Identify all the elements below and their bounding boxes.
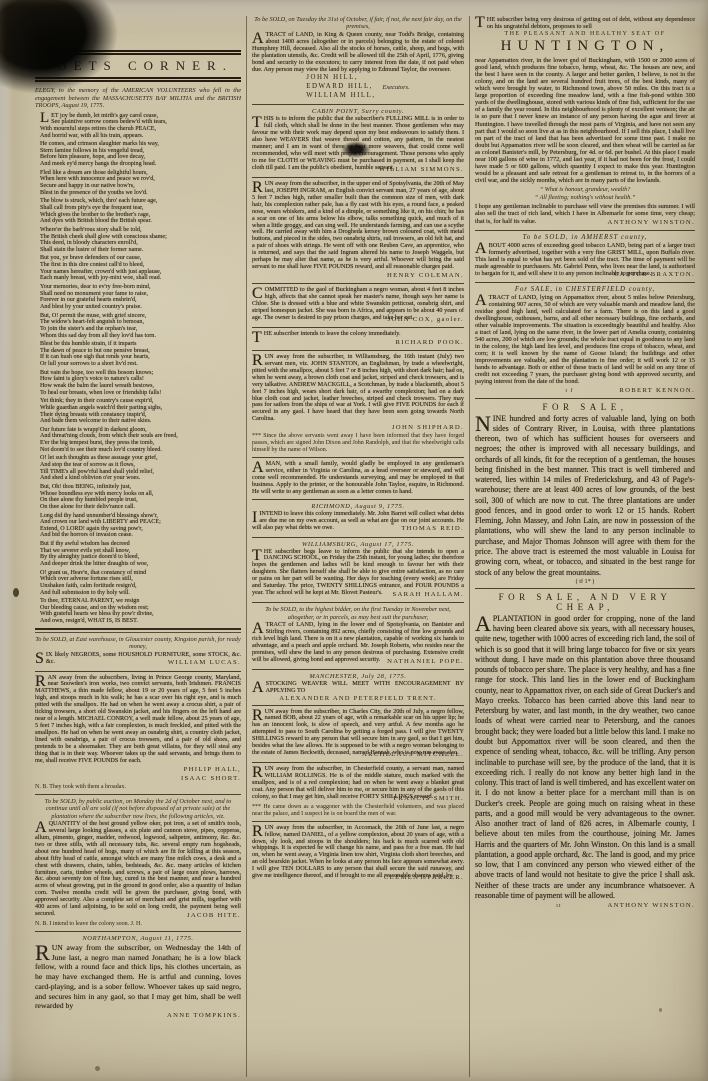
divider-rule	[252, 104, 464, 105]
ad-signature: JOHN SHIPHARD.	[252, 423, 464, 432]
ad-committed-chloe: COMMITTED to the gaol of Buckingham a ne…	[252, 287, 464, 324]
ad-runaway-daniel: RUN away from the subscriber, in Accomac…	[252, 825, 464, 883]
ad-signature: ROBERT KENNON.	[619, 386, 695, 395]
ad-body: A STOCKING WEAVER WILL MEET WITH ENCOURA…	[252, 681, 464, 695]
ad-body: A QUANTITY of the best ground yellow oke…	[35, 821, 241, 918]
divider-rule	[252, 669, 464, 670]
ad-amherst-land: To be SOLD, in AMHERST county, ABOUT 400…	[475, 234, 695, 279]
ad-signature: RICHARD POOK.	[252, 338, 464, 347]
ad-runaway-bob: RUN away from the subscriber, in Charles…	[252, 709, 464, 760]
ad-overseer-wanted: A MAN, with a small family, would gladly…	[252, 461, 464, 496]
ad-contrary-river: FOR SALE, NINE hundred and forty acres o…	[475, 402, 695, 585]
ad-chesterfield-land: For SALE, in CHESTERFIELD county, A TRAC…	[475, 286, 695, 395]
ad-heading: To be SOLD, in AMHERST county,	[475, 234, 695, 241]
divider-rule	[252, 283, 464, 284]
divider-rule	[35, 931, 241, 932]
poem-stanza: But if thy awful wisdom has decreed That…	[35, 541, 241, 568]
ad-sold-gloucester-negroes: To be SOLD, at East warehouse, in Glouce…	[35, 636, 241, 668]
poem-stanza: Where'er the barb'rous story shall be to…	[35, 227, 241, 254]
ad-heading: To be SOLD, on Tuesday the 31st of Octob…	[252, 16, 464, 31]
ad-runaway-jonathan: NORTHAMPTON, August 11, 1775. RUN away f…	[35, 935, 241, 1020]
divider-rule	[475, 282, 695, 283]
ad-body: A MAN, with a small family, would gladly…	[252, 461, 464, 496]
ad-dateline: MANCHESTER, July 28, 1775.	[252, 673, 464, 680]
ad-body: RUN away from the subscriber, in Accomac…	[252, 825, 464, 881]
ad-stocking-weaver: MANCHESTER, July 28, 1775. A STOCKING WE…	[252, 673, 464, 702]
column-left: POETS CORNER. ELEGY, to the memory of th…	[30, 16, 246, 1077]
ad-body: A TRACT of LAND, lying on Appamattox riv…	[475, 294, 695, 386]
poem-stanza: He comes, and crimson slaughter marks hi…	[35, 141, 241, 168]
poem-stanza: The blow is struck, which, thro' each fu…	[35, 198, 241, 225]
ad-body: RUN away from the subscriber, in William…	[252, 354, 464, 423]
column-middle: To be SOLD, on Tuesday the 31st of Octob…	[246, 16, 470, 1077]
ad-auction-hite: To be SOLD, by public auction, on Monday…	[35, 798, 241, 928]
ad-note: ( tf 1* )	[475, 578, 695, 585]
ad-land-todds-bridge: To be SOLD, on Tuesday the 31st of Octob…	[252, 16, 464, 101]
column-right: THE subscriber being very desirous of ge…	[470, 16, 700, 1077]
ad-body: THE subscriber intends to leave the colo…	[252, 331, 464, 338]
divider-rule	[252, 705, 464, 706]
ad-signature: HENRY COLEMAN.	[252, 271, 464, 280]
divider-rule	[35, 794, 241, 795]
ad-intro: THE subscriber being very desirous of ge…	[475, 16, 695, 30]
poem-stanza: O! grant us, Heav'n, that constancy of m…	[35, 570, 241, 597]
poem-stanza: But you, ye brave defenders of our cause…	[35, 255, 241, 282]
ad-heading: For SALE, in CHESTERFIELD county,	[475, 286, 695, 293]
paper-speck	[391, 522, 394, 525]
ad-signature: ANTHONY WINSTON.	[607, 901, 695, 910]
ad-plantation-cheap: FOR SALE, AND VERY CHEAP, A PLANTATION i…	[475, 592, 695, 910]
divider-rule	[252, 350, 464, 351]
ad-signature-mark: tt	[556, 903, 561, 909]
ad-dateline: NORTHAMPTON, August 11, 1775.	[35, 935, 241, 942]
poem-stanza: Blest be this humble strain, if it impar…	[35, 341, 241, 368]
ad-body: A TRACT of LAND, in King & Queen county,…	[252, 32, 464, 74]
ad-body: RAN away from the subscribers, living in…	[35, 675, 241, 765]
ad-quote: “ What is honour, grandeur, wealth? “ Al…	[475, 186, 695, 202]
divider-rule	[252, 327, 464, 328]
ad-heading: To be SOLD, to the highest bidder, on th…	[252, 606, 464, 621]
divider-rule	[35, 628, 241, 633]
ad-runaway-ingram: RUN away from the subscriber, in the upp…	[252, 181, 464, 280]
ad-signature-row: tt ANTHONY WINSTON.	[475, 901, 695, 910]
ad-signature: ALEXANDER AND PETERFIELD TRENT.	[252, 695, 464, 702]
ad-heading: To be SOLD, at East warehouse, in Glouce…	[35, 636, 241, 651]
poem-stanza: Long did thy hand unnumber'd blessings s…	[35, 513, 241, 540]
ad-dateline: RICHMOND, August 9, 1775.	[252, 503, 464, 510]
ad-land-spotsylvania: To be SOLD, to the highest bidder, on th…	[252, 606, 464, 666]
ad-note: N. B. They took with them a broadax.	[35, 784, 241, 791]
ink-smudge	[341, 141, 371, 158]
ad-heading: To be SOLD, by public auction, on Monday…	[35, 798, 241, 820]
paper-speck	[570, 62, 573, 65]
ad-dateline: WILLIAMSBURG, August 17, 1775.	[252, 541, 464, 548]
paper-speck	[13, 588, 19, 597]
ad-seat-line: THE PLEASANT AND HEALTHY SEAT OF	[475, 31, 695, 37]
divider-rule	[475, 398, 695, 399]
ad-dancing-school: WILLIAMSBURG, August 17, 1775. THE subsc…	[252, 541, 464, 600]
poem-stanza: O! let such thoughts as these assuage yo…	[35, 455, 241, 482]
torn-corner	[0, 0, 118, 94]
paper-speck	[95, 1066, 100, 1071]
ad-note: *** Since the above servants went away I…	[252, 433, 464, 454]
ad-note: *** He came down as a waggoner with the …	[252, 804, 464, 818]
ad-body: A PLANTATION in good order for cropping,…	[475, 614, 695, 901]
ad-leaving-reid: RICHMOND, August 9, 1775. I INTEND to le…	[252, 503, 464, 534]
divider-rule	[252, 762, 464, 763]
poem-stanza: To thee, ETERNAL PARENT, we resign Our b…	[35, 598, 241, 625]
ad-signature-row: t f ROBERT KENNON.	[475, 386, 695, 395]
poem-stanza: But, O! permit the muse, with grief sinc…	[35, 313, 241, 340]
paper-speck	[659, 1008, 662, 1012]
divider-rule	[475, 588, 695, 589]
divider-rule	[252, 177, 464, 178]
ad-title: HUNTINGTON,	[475, 38, 695, 55]
ad-ranaway-matthews-conroy: RAN away from the subscribers, living in…	[35, 675, 241, 791]
divider-rule	[35, 671, 241, 672]
ad-leaving-pook: THE subscriber intends to leave the colo…	[252, 331, 464, 347]
executor-names: JOHN HILL, EDWARD HILL, WILLIAM HILL,	[306, 74, 375, 101]
divider-rule	[252, 537, 464, 538]
ad-signature: JACOB HITE.	[35, 911, 241, 920]
ad-signature-block: JOHN HILL, EDWARD HILL, WILLIAM HILL, Ex…	[252, 74, 464, 101]
ad-runaway-rollings: RUN away from the subscriber, in Chester…	[252, 766, 464, 818]
poem-stanza: But, Oh! thou BEING, infinitely just, Wh…	[35, 484, 241, 511]
poem-stanza: LET joy be dumb, let mirth's gay carol c…	[35, 113, 241, 140]
divider-rule	[252, 821, 464, 822]
poem-stanza: Our future fate is wrapp'd in darkest gl…	[35, 427, 241, 454]
ad-body: RUN away from the subscriber, in the upp…	[252, 181, 464, 271]
ad-signature-mark: t f	[566, 388, 574, 394]
page-columns: POETS CORNER. ELEGY, to the memory of th…	[30, 16, 700, 1077]
divider-rule	[252, 457, 464, 458]
ad-heading: FOR SALE,	[475, 402, 695, 412]
ad-signature: WILLIAM LUCAS.	[35, 658, 241, 667]
ad-runaway-stanton-mackgill: RUN away from the subscriber, in William…	[252, 354, 464, 454]
divider-rule	[252, 602, 464, 603]
poem-stanza: Yet think; they in their country's cause…	[35, 398, 241, 425]
ad-huntington: THE subscriber being very desirous of ge…	[475, 16, 695, 227]
ad-note: N. B. I intend to leave the colony soon.…	[35, 921, 241, 928]
ad-heading: FOR SALE, AND VERY CHEAP,	[475, 592, 695, 612]
ad-body: RUN away from the subscriber, on Wednesd…	[35, 943, 241, 1011]
ad-signature: ANNE TOMPKINS.	[35, 1011, 241, 1020]
newspaper-page: POETS CORNER. ELEGY, to the memory of th…	[0, 0, 708, 1081]
divider-rule	[252, 499, 464, 500]
poem-stanza: But vain the hope, too well this bosom k…	[35, 370, 241, 397]
executor-role: Executors.	[383, 84, 410, 91]
elegy-poem: LET joy be dumb, let mirth's gay carol c…	[35, 113, 241, 625]
ad-body: NINE hundred and forty acres of valuable…	[475, 414, 695, 578]
ad-signature: PHILIP HALL, ISAAC SHORT.	[35, 765, 241, 783]
poem-stanza: Fled like a dream are those delightful h…	[35, 170, 241, 197]
ad-body: near Appamattox river, in the lower end …	[475, 57, 695, 184]
poem-stanza: Your memories, dear to ev'ry free-born m…	[35, 284, 241, 311]
divider-rule	[475, 230, 695, 231]
